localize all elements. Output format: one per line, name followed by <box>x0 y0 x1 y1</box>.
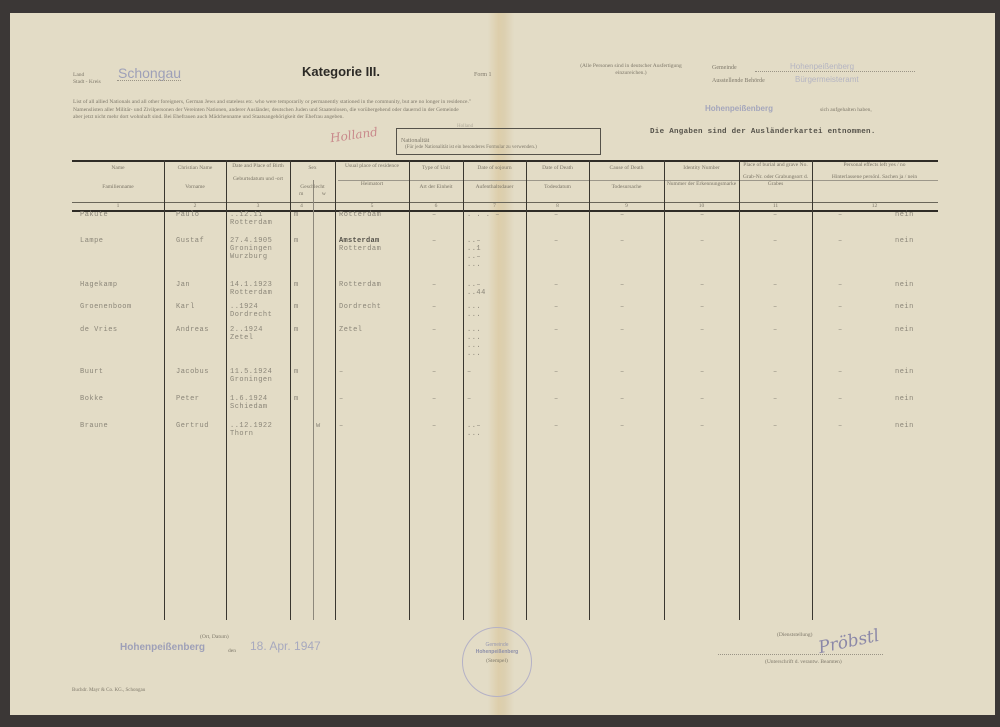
table-cell: Gertrud <box>176 422 209 430</box>
col-header-2: Christian NameVorname <box>164 165 226 191</box>
table-cell: Wurzburg <box>230 253 268 261</box>
table-cell: Schiedam <box>230 403 268 411</box>
instruction-place: Hohenpeißenberg <box>705 104 773 113</box>
col-divider <box>463 160 464 620</box>
table-cell: ... <box>467 350 481 358</box>
table-cell: – <box>620 368 625 376</box>
table-cell: – <box>432 395 437 403</box>
instruction-line-3: aber jetzt nicht mehr dort wohnhaft sind… <box>73 114 344 120</box>
table-cell: – <box>773 281 778 289</box>
table-cell: – <box>838 237 843 245</box>
table-cell: – <box>773 303 778 311</box>
col-divider <box>164 160 165 620</box>
table-cell: ..12.11 <box>230 211 263 219</box>
top-note: (Alle Personen sind in deutscher Ausfert… <box>576 63 686 77</box>
source-note: Die Angaben sind der Ausländerkartei ent… <box>650 128 876 136</box>
col-header-9: Cause of DeathTodesursache <box>589 165 664 191</box>
table-cell: – <box>554 422 559 430</box>
table-cell: – <box>432 326 437 334</box>
table-cell: 2..1924 <box>230 326 263 334</box>
table-cell: ..1 <box>467 245 481 253</box>
table-cell: – <box>773 237 778 245</box>
table-cell: – <box>700 422 705 430</box>
table-cell: nein <box>895 237 914 245</box>
table-cell: ..– <box>467 253 481 261</box>
behoerde-value: Bürgermeisteramt <box>795 75 859 84</box>
table-cell: Rotterdam <box>339 281 381 289</box>
table-cell: Amsterdam <box>339 237 380 245</box>
den-label: den <box>228 648 236 654</box>
table-cell: Hagekamp <box>80 281 118 289</box>
col-header-4: SexGeschlecht mw <box>290 165 335 198</box>
table-cell: – <box>554 326 559 334</box>
table-cell: 14.1.1923 <box>230 281 272 289</box>
table-cell: Thorn <box>230 430 254 438</box>
signature-label: (Unterschrift d. verantw. Beamten) <box>765 659 842 665</box>
kreis-value: Schongau <box>118 65 181 81</box>
table-cell: Dordrecht <box>339 303 381 311</box>
table-cell: de Vries <box>80 326 118 334</box>
col-num: 10 <box>664 203 739 210</box>
nationality-box: Nationalität (Für jede Nationalität ist … <box>396 128 601 155</box>
table-cell: – <box>432 303 437 311</box>
col-header-6: Type of UnitArt der Einheit <box>409 165 463 191</box>
table-cell: – <box>700 395 705 403</box>
col-divider <box>664 160 665 620</box>
col-header-5: Usual place of residenceHeimatort <box>335 163 409 188</box>
table-cell: ... <box>467 311 481 319</box>
nationality-value: Holland <box>457 124 473 129</box>
col-num: 2 <box>164 203 226 210</box>
kreis-underline <box>117 80 181 81</box>
gemeinde-label: Gemeinde <box>712 65 737 71</box>
col-header-11: Place of burial and grave No.Grab-Nr. od… <box>739 162 812 188</box>
col-header-10: Identity NumberNummer der Erkennungsmark… <box>664 165 739 188</box>
table-cell: Bokke <box>80 395 104 403</box>
dienststelle-label: (Dienststellung) <box>777 632 812 638</box>
table-cell: – <box>432 368 437 376</box>
table-cell: – <box>620 326 625 334</box>
table-cell: Dordrecht <box>230 311 272 319</box>
col-num: 12 <box>812 203 937 210</box>
table-cell: Braune <box>80 422 108 430</box>
table-cell: – <box>432 237 437 245</box>
table-cell: – <box>838 303 843 311</box>
table-cell: ..– <box>467 281 481 289</box>
table-cell: 27.4.1905 <box>230 237 272 245</box>
table-cell: Karl <box>176 303 195 311</box>
col-num: 1 <box>72 203 164 210</box>
table-cell: Zetel <box>230 334 254 342</box>
table-cell: – <box>554 281 559 289</box>
table-cell: nein <box>895 281 914 289</box>
table-cell: – <box>554 395 559 403</box>
form-label: Form 1 <box>474 72 492 78</box>
table-cell: Rotterdam <box>230 289 272 297</box>
table-cell: m <box>294 368 299 376</box>
table-cell: w <box>316 422 321 430</box>
table-cell: – <box>773 422 778 430</box>
table-cell: ... <box>467 303 481 311</box>
table-cell: Rotterdam <box>339 245 381 253</box>
table-cell: Paulo <box>176 211 200 219</box>
instruction-line-1: List of all allied Nationals and all oth… <box>73 99 471 105</box>
table-cell: ..– <box>467 422 481 430</box>
col-divider <box>589 160 590 620</box>
table-cell: Jacobus <box>176 368 209 376</box>
table-cell: ..– <box>467 237 481 245</box>
table-cell: ... <box>467 261 481 269</box>
official-stamp: Gemeinde Hohenpeißenberg (Stempel) <box>462 627 532 697</box>
table-cell: ..1924 <box>230 303 258 311</box>
footer-place: Hohenpeißenberg <box>120 642 205 653</box>
table-cell: – <box>432 211 437 219</box>
table-cell: – <box>773 395 778 403</box>
col-num: 4 <box>290 203 313 210</box>
ort-datum-label: (Ort, Datum) <box>200 634 229 640</box>
gemeinde-value: Hohenpeißenberg <box>790 62 854 71</box>
instruction-line-2: Namenslisten aller Militär- und Zivilper… <box>73 107 459 113</box>
table-cell: m <box>294 281 299 289</box>
table-cell: – <box>773 326 778 334</box>
table-cell: – <box>432 422 437 430</box>
table-cell: m <box>294 326 299 334</box>
table-cell: – <box>339 395 344 403</box>
table-cell: – <box>620 422 625 430</box>
table-cell: Buurt <box>80 368 104 376</box>
table-cell: – <box>838 368 843 376</box>
table-cell: ... <box>467 326 481 334</box>
page-title: Kategorie III. <box>302 64 380 79</box>
col-num: 7 <box>463 203 526 210</box>
table-cell: – <box>700 211 705 219</box>
table-cell: Peter <box>176 395 200 403</box>
table-cell: – <box>838 422 843 430</box>
table-cell: – <box>554 368 559 376</box>
table-cell: nein <box>895 368 914 376</box>
table-cell: Lampe <box>80 237 104 245</box>
col-header-8: Date of DeathTodesdatum <box>526 165 589 191</box>
table-cell: Pakute <box>80 211 108 219</box>
table-cell: m <box>294 395 299 403</box>
col-header-12: Personal effects left yes / noHinterlass… <box>812 162 937 181</box>
table-cell: 1.6.1924 <box>230 395 268 403</box>
col-divider <box>812 160 813 620</box>
table-cell: – <box>838 395 843 403</box>
col-header-1: NameFamilienname <box>72 165 164 191</box>
table-cell: ... <box>467 342 481 350</box>
gemeinde-underline <box>755 71 915 72</box>
table-cell: – <box>773 211 778 219</box>
nationality-note: (Für jede Nationalität ist ein besondere… <box>405 145 537 150</box>
table-cell: . . . – <box>467 211 500 219</box>
table-cell: – <box>339 422 344 430</box>
table-cell: Rotterdam <box>339 211 381 219</box>
table-cell: – <box>700 326 705 334</box>
col-header-7: Date of sojournAufenthaltsdauer <box>463 165 526 191</box>
table-cell: nein <box>895 395 914 403</box>
table-cell: m <box>294 303 299 311</box>
table-cell: Groenenboom <box>80 303 132 311</box>
table-cell: Zetel <box>339 326 363 334</box>
col-num: 3 <box>226 203 290 210</box>
table-cell: nein <box>895 422 914 430</box>
col-subdivider <box>313 180 314 620</box>
table-cell: nein <box>895 326 914 334</box>
col-num: 11 <box>739 203 812 210</box>
col-divider <box>739 160 740 620</box>
signature-line <box>718 654 883 655</box>
table-cell: ... <box>467 430 481 438</box>
table-cell: – <box>620 211 625 219</box>
table-cell: ..12.1922 <box>230 422 272 430</box>
table-cell: – <box>339 368 344 376</box>
table-cell: – <box>838 281 843 289</box>
col-num: 9 <box>589 203 664 210</box>
col-divider <box>409 160 410 620</box>
col-divider <box>226 160 227 620</box>
col-header-3: Date and Place of BirthGeburtsdatum und … <box>226 163 290 183</box>
table-cell: Gustaf <box>176 237 204 245</box>
table-cell: – <box>554 211 559 219</box>
table-cell: 11.5.1924 <box>230 368 272 376</box>
land-kreis-label: Land Stadt - Kreis <box>73 72 101 86</box>
col-divider <box>335 160 336 620</box>
table-cell: ..44 <box>467 289 486 297</box>
instruction-line-2-end: sich aufgehalten haben, <box>820 107 872 113</box>
table-cell: nein <box>895 303 914 311</box>
table-cell: – <box>773 368 778 376</box>
table-cell: – <box>432 281 437 289</box>
table-cell: Rotterdam <box>230 219 272 227</box>
col-divider <box>290 160 291 620</box>
col-num: 6 <box>409 203 463 210</box>
footer-date: 18. Apr. 1947 <box>250 639 321 653</box>
header-bottom-border <box>72 210 938 212</box>
table-cell: – <box>620 281 625 289</box>
table-cell: – <box>838 211 843 219</box>
table-cell: m <box>294 211 299 219</box>
table-cell: m <box>294 237 299 245</box>
col-num: 5 <box>335 203 409 210</box>
nationality-label: Nationalität <box>401 138 429 144</box>
table-cell: – <box>620 395 625 403</box>
table-cell: – <box>700 281 705 289</box>
table-cell: ... <box>467 334 481 342</box>
col-divider <box>526 160 527 620</box>
printer-imprint: Buchdr. Mayr & Co. KG., Schongau <box>72 688 145 693</box>
table-cell: Andreas <box>176 326 209 334</box>
table-cell: – <box>620 303 625 311</box>
behoerde-label: Ausstellende Behörde <box>712 78 765 84</box>
table-cell: – <box>467 368 472 376</box>
table-cell: – <box>554 237 559 245</box>
table-cell: – <box>700 237 705 245</box>
table-cell: – <box>700 368 705 376</box>
table-cell: – <box>838 326 843 334</box>
table-cell: nein <box>895 211 914 219</box>
col-num: 8 <box>526 203 589 210</box>
table-cell: – <box>467 395 472 403</box>
table-cell: Groningen <box>230 376 272 384</box>
table-cell: Jan <box>176 281 190 289</box>
table-cell: – <box>554 303 559 311</box>
table-cell: – <box>620 237 625 245</box>
table-cell: – <box>700 303 705 311</box>
table-cell: Groningen <box>230 245 272 253</box>
